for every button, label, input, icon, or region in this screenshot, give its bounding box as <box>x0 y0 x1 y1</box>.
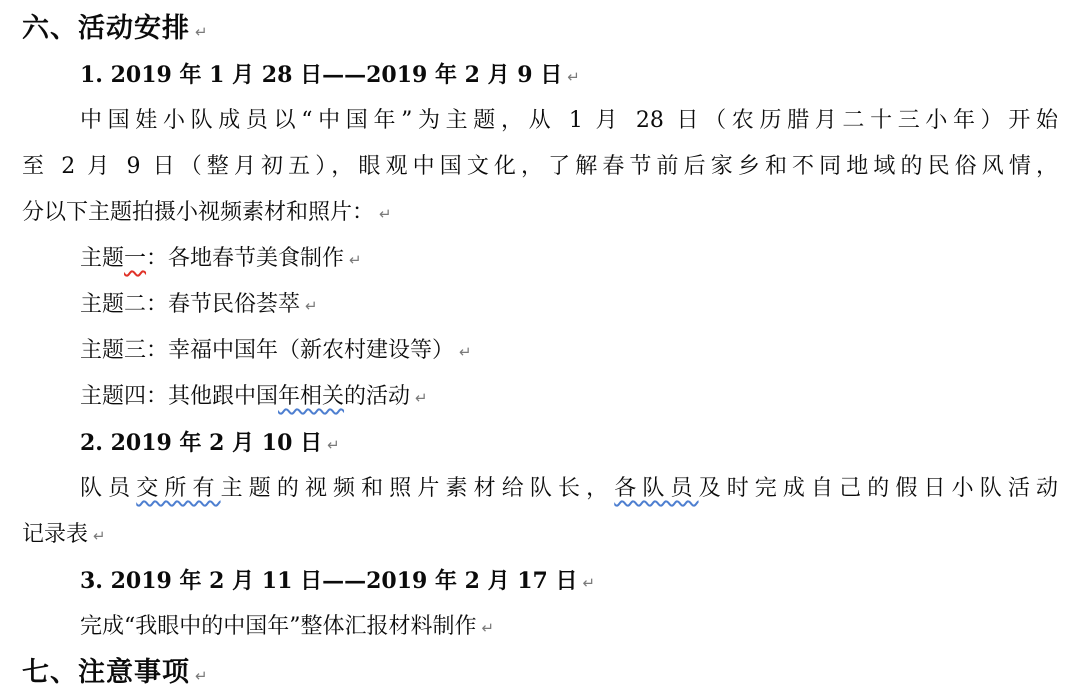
paragraph-mark-icon: ↵ <box>415 389 428 407</box>
text-run: 七、注意事项 <box>22 657 190 688</box>
paragraph-mark-icon: ↵ <box>379 205 392 223</box>
paragraph-mark-icon: ↵ <box>327 436 340 454</box>
paragraph-mark-icon: ↵ <box>459 343 472 361</box>
paragraph-mark-icon: ↵ <box>482 619 495 637</box>
text-run: 中国娃小队成员以“中国年”为主题，从 1 月 28 日（农历腊月二十三小年）开始 <box>80 108 1058 133</box>
text-run: 及时完成自己的假日小队活动 <box>699 476 1058 501</box>
spelling-flagged-text: 一 <box>124 246 146 271</box>
text-run: ：各地春节美食制作 <box>146 246 344 271</box>
line-paragraph-1-line-1[interactable]: 中国娃小队成员以“中国年”为主题，从 1 月 28 日（农历腊月二十三小年）开始 <box>22 98 1058 144</box>
line-theme-3[interactable]: 主题三：幸福中国年（新农村建设等）↵ <box>22 328 1058 374</box>
line-section-heading-7[interactable]: 七、注意事项↵ <box>22 650 1058 692</box>
paragraph-mark-icon: ↵ <box>567 68 580 86</box>
line-theme-1[interactable]: 主题一：各地春节美食制作↵ <box>22 236 1058 282</box>
document-page: 六、活动安排↵1. 2019 年 1 月 28 日——2019 年 2 月 9 … <box>0 0 1080 692</box>
text-run: 2. 2019 年 2 月 10 日 <box>80 430 322 456</box>
text-run: 六、活动安排 <box>22 13 190 44</box>
line-theme-4[interactable]: 主题四：其他跟中国年相关的活动↵ <box>22 374 1058 420</box>
line-paragraph-2-line-2[interactable]: 记录表↵ <box>22 512 1058 558</box>
paragraph-mark-icon: ↵ <box>583 574 596 592</box>
line-section-heading-6[interactable]: 六、活动安排↵ <box>22 6 1058 52</box>
text-run: 分以下主题拍摄小视频素材和照片： <box>22 200 374 225</box>
text-run: 的活动 <box>344 384 410 409</box>
line-paragraph-1-line-3[interactable]: 分以下主题拍摄小视频素材和照片：↵ <box>22 190 1058 236</box>
line-date-range-3[interactable]: 3. 2019 年 2 月 11 日——2019 年 2 月 17 日↵ <box>22 558 1058 604</box>
paragraph-mark-icon: ↵ <box>349 251 362 269</box>
text-run: 3. 2019 年 2 月 11 日——2019 年 2 月 17 日 <box>80 568 578 594</box>
text-run: 主题二：春节民俗荟萃 <box>80 292 300 317</box>
text-run: 主题 <box>80 246 124 271</box>
text-run: 完成“我眼中的中国年”整体汇报材料制作 <box>80 614 477 639</box>
text-run: 主题的视频和照片素材给队长， <box>221 476 615 501</box>
line-theme-2[interactable]: 主题二：春节民俗荟萃↵ <box>22 282 1058 328</box>
grammar-flagged-text: 年相关 <box>278 384 344 409</box>
text-run: 1. 2019 年 1 月 28 日——2019 年 2 月 9 日 <box>80 62 562 88</box>
text-run: 队员 <box>80 476 136 501</box>
line-date-range-1[interactable]: 1. 2019 年 1 月 28 日——2019 年 2 月 9 日↵ <box>22 52 1058 98</box>
paragraph-mark-icon: ↵ <box>93 527 106 545</box>
paragraph-mark-icon: ↵ <box>195 667 209 685</box>
line-paragraph-2-line-1[interactable]: 队员交所有主题的视频和照片素材给队长，各队员及时完成自己的假日小队活动 <box>22 466 1058 512</box>
text-run: 主题四：其他跟中国 <box>80 384 278 409</box>
text-run: 主题三：幸福中国年（新农村建设等） <box>80 338 454 363</box>
paragraph-mark-icon: ↵ <box>195 23 209 41</box>
text-run: 记录表 <box>22 522 88 547</box>
paragraph-mark-icon: ↵ <box>305 297 318 315</box>
text-run: 至 2 月 9 日（整月初五），眼观中国文化，了解春节前后家乡和不同地域的民俗风… <box>22 154 1058 179</box>
grammar-flagged-text: 各队员 <box>614 476 698 501</box>
line-paragraph-3-line-1[interactable]: 完成“我眼中的中国年”整体汇报材料制作↵ <box>22 604 1058 650</box>
line-date-range-2[interactable]: 2. 2019 年 2 月 10 日↵ <box>22 420 1058 466</box>
grammar-flagged-text: 交所有 <box>136 476 220 501</box>
line-paragraph-1-line-2[interactable]: 至 2 月 9 日（整月初五），眼观中国文化，了解春节前后家乡和不同地域的民俗风… <box>22 144 1058 190</box>
